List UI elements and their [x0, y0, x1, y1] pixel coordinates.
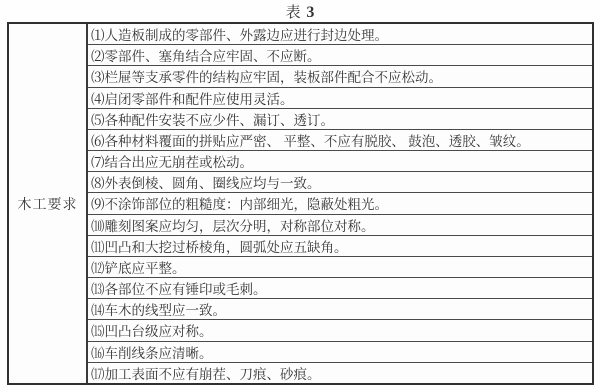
table-row: ⑷启闭零部件和配件应使用灵活。: [88, 88, 592, 109]
table-row: ⑼不涂饰部位的粗糙度：内部细光，隐蔽处粗光。: [88, 193, 592, 214]
table-row: ⒁车木的线型应一致。: [88, 299, 592, 320]
document-page: 表 3 木工要求 ⑴人造板制成的零部件、外露边应进行封边处理。⑵零部件、塞角结合…: [0, 0, 600, 388]
table-row: ⑸各种配件安装不应少件、漏订、透订。: [88, 109, 592, 130]
table-row: ⒃车削线条应清晰。: [88, 342, 592, 363]
table-row: ⑾凹凸和大挖过桥棱角，圆弧处应五缺角。: [88, 236, 592, 257]
table-row: ⑶栏屉等支承零件的结构应牢固，装板部件配合不应松动。: [88, 66, 592, 87]
table-row: ⑺结合出应无崩茬或松动。: [88, 151, 592, 172]
table-caption: 表 3: [0, 1, 600, 21]
table-row: ⑵零部件、塞角结合应牢固、不应断。: [88, 45, 592, 66]
requirements-table: 木工要求 ⑴人造板制成的零部件、外露边应进行封边处理。⑵零部件、塞角结合应牢固、…: [7, 22, 594, 385]
row-header-category: 木工要求: [9, 24, 88, 383]
table-row: ⒄加工表面不应有崩茬、刀痕、砂痕。: [88, 363, 592, 383]
table-row: ⒂凹凸台级应对称。: [88, 320, 592, 341]
table-rows: ⑴人造板制成的零部件、外露边应进行封边处理。⑵零部件、塞角结合应牢固、不应断。⑶…: [88, 24, 592, 383]
table-row: ⑻外表倒棱、圆角、圈线应均与一致。: [88, 172, 592, 193]
table-row: ⑿铲底应平整。: [88, 257, 592, 278]
table-caption-number: 3: [306, 4, 314, 21]
table-row: ⒀各部位不应有锤印或毛刺。: [88, 278, 592, 299]
table-caption-prefix: 表: [286, 5, 302, 21]
table-row: ⑴人造板制成的零部件、外露边应进行封边处理。: [88, 24, 592, 45]
table-row: ⑹各种材料覆面的拼贴应严密、 平整、不应有脱胶、 鼓泡、透胶、皱纹。: [88, 130, 592, 151]
table-row: ⑽雕刻图案应均匀，层次分明，对称部位对称。: [88, 215, 592, 236]
